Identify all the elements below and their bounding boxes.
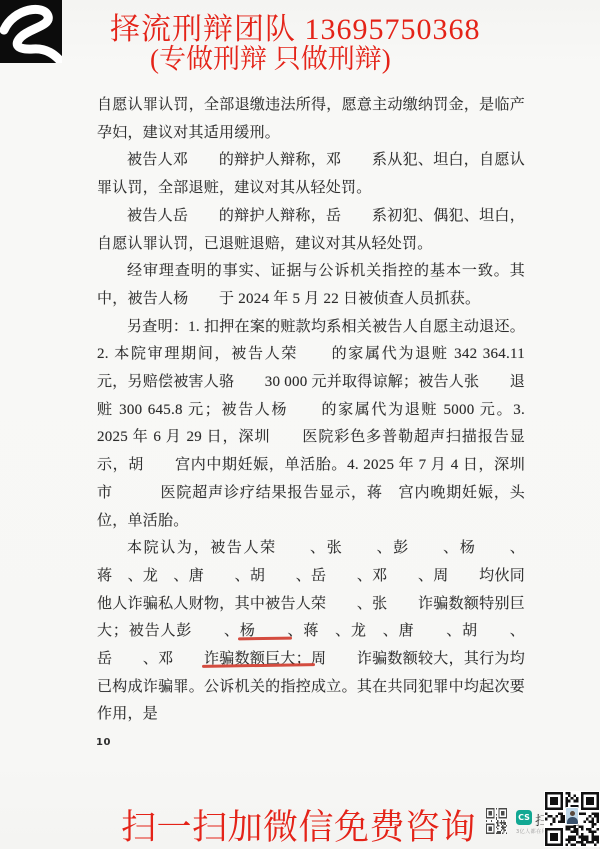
wave-logo-glyph bbox=[0, 0, 62, 63]
text-segment: 被告人岳 的辩护人辩称，岳 系初犯、偶犯、坦白，自愿认罪认罚，已退赃退赔，建议对… bbox=[97, 208, 525, 252]
red-underlined-text: 诈骗数额巨大； bbox=[204, 651, 311, 667]
text-segment: 被告人邓 的辩护人辩称，邓 系从犯、坦白，自愿认罪认罚，全部退赃，建议对其从轻处… bbox=[97, 152, 525, 196]
red-underlined-text: 杨 bbox=[240, 623, 288, 639]
paragraph: 本院认为，被告人荣 、张 、彭 、杨 、蒋 、龙 、唐 、胡 、岳 、邓 、周 … bbox=[97, 535, 525, 729]
document-body: 自愿认罪认罚，全部退缴违法所得，愿意主动缴纳罚金，是临产孕妇，建议对其适用缓刑。… bbox=[97, 92, 525, 729]
paragraph: 被告人邓 的辩护人辩称，邓 系从犯、坦白，自愿认罪认罚，全部退赃，建议对其从轻处… bbox=[97, 147, 525, 202]
paragraph: 自愿认罪认罚，全部退缴违法所得，愿意主动缴纳罚金，是临产孕妇，建议对其适用缓刑。 bbox=[97, 92, 525, 147]
text-segment: 经审理查明的事实、证据与公诉机关指控的基本一致。其中，被告人杨 于 2024 年… bbox=[97, 263, 525, 307]
paragraph: 被告人岳 的辩护人辩称，岳 系初犯、偶犯、坦白，自愿认罪认罚，已退赃退赔，建议对… bbox=[97, 203, 525, 258]
page-number: 10 bbox=[96, 737, 111, 748]
header-ad-line2: (专做刑辩 只做刑辩) bbox=[150, 37, 470, 76]
camscanner-subtext: 3亿人都在用 bbox=[516, 828, 547, 835]
footer-cta-text: 扫一扫加微信免费咨询 bbox=[121, 800, 476, 849]
paragraph: 另查明：1. 扣押在案的赃款均系相关被告人自愿主动退还。2. 本院审理期间，被告… bbox=[97, 314, 525, 536]
paragraph: 经审理查明的事实、证据与公诉机关指控的基本一致。其中，被告人杨 于 2024 年… bbox=[97, 258, 525, 313]
qr-code-small-icon bbox=[486, 808, 507, 834]
text-segment: 自愿认罪认罚，全部退缴违法所得，愿意主动缴纳罚金，是临产孕妇，建议对其适用缓刑。 bbox=[97, 97, 525, 141]
qr-avatar-head bbox=[570, 811, 575, 816]
text-segment: 另查明：1. 扣押在案的赃款均系相关被告人自愿主动退还。2. 本院审理期间，被告… bbox=[97, 319, 525, 529]
camscanner-logo-icon: CS bbox=[516, 810, 532, 825]
scanned-page: 择流刑辩团队 13695750368 (专做刑辩 只做刑辩) 自愿认罪认罚，全部… bbox=[0, 0, 600, 849]
qr-avatar-torso bbox=[567, 817, 578, 825]
wave-logo-icon bbox=[0, 0, 62, 63]
qr-avatar bbox=[565, 807, 579, 825]
